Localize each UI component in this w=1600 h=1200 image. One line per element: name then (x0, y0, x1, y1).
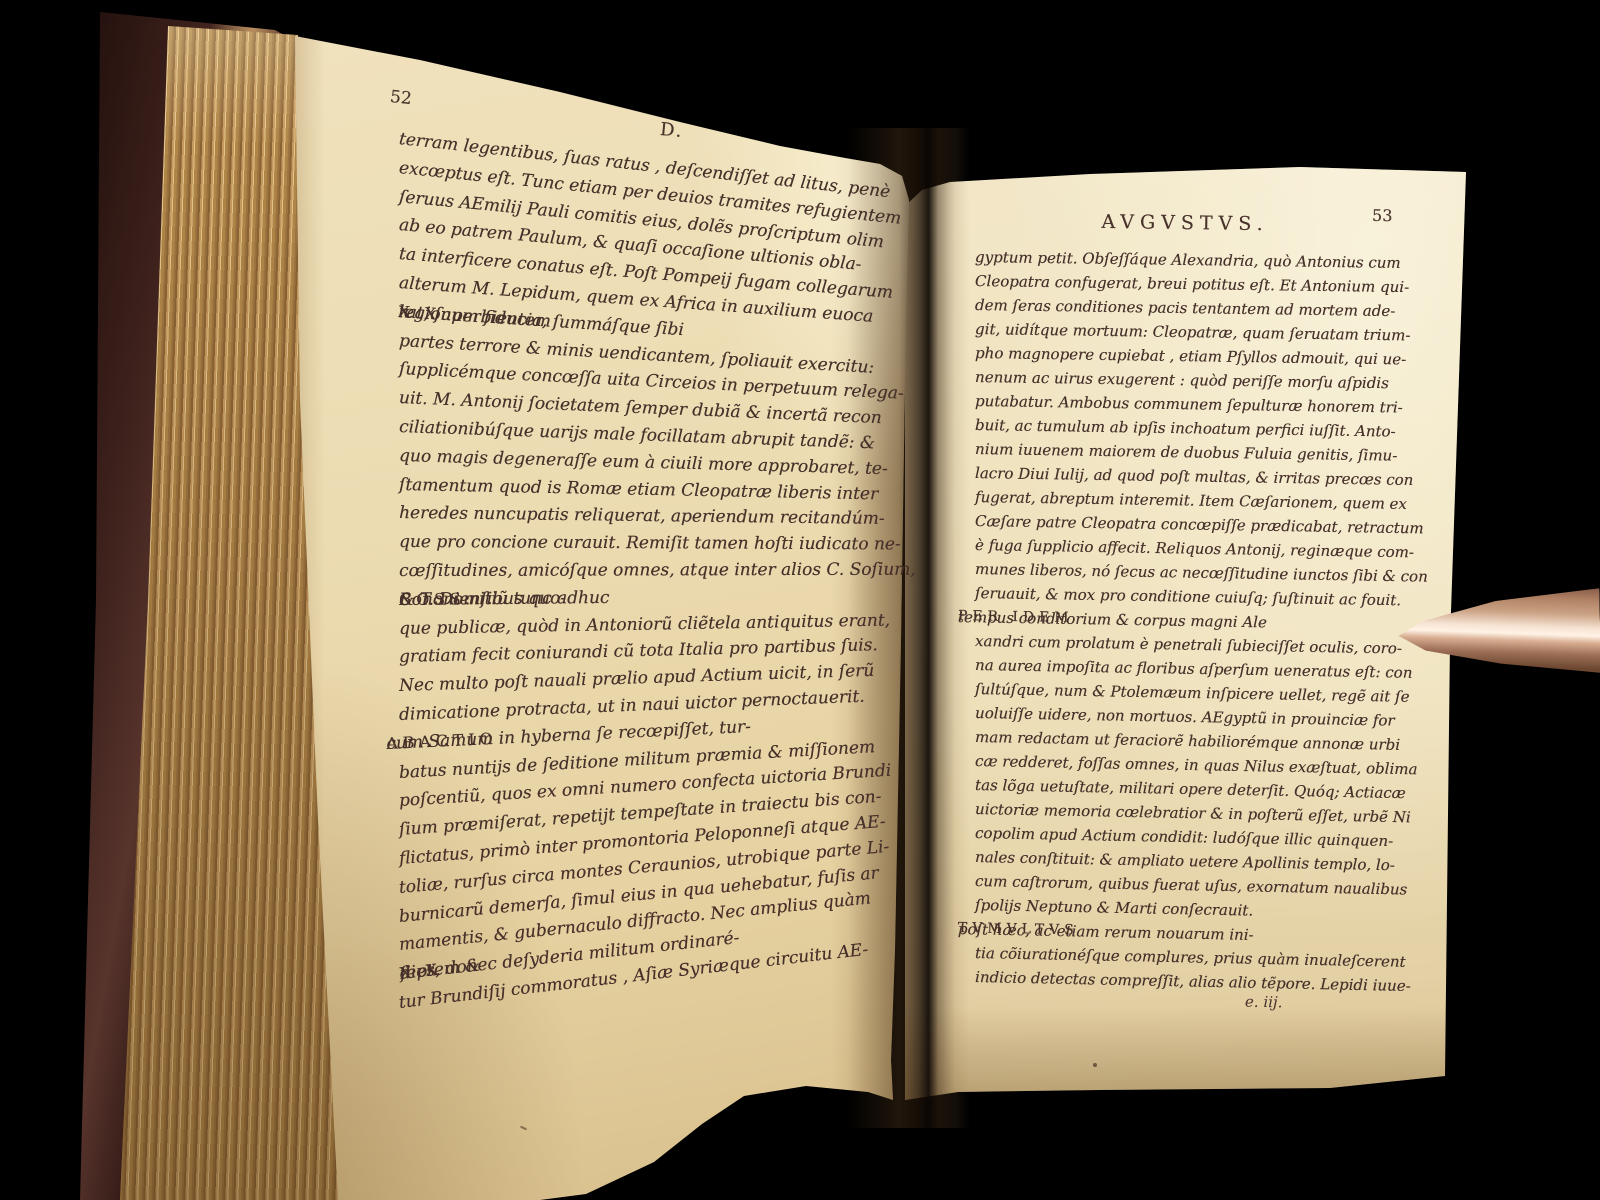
right-page-number: 53 (1372, 206, 1393, 225)
text-line: pho magnopere cupiebat , etiam Pſyllos a… (975, 346, 1406, 367)
right-running-header: AVGVSTVS. (1085, 211, 1285, 236)
left-page-number: 52 (389, 87, 413, 109)
text-line: gyptum petit. Obſeſſáque Alexandria, quò… (975, 250, 1401, 271)
line-text: poſt hæc, ac etiam rerum nouarum ini- (958, 922, 1254, 943)
line-text: tempus conditorium & corpus magni Ale (958, 610, 1267, 630)
text-line: putabatur. Ambobus communem ſepulturæ ho… (975, 394, 1403, 416)
text-line: Cleopatra confugerat, breui potitus eſt.… (975, 274, 1409, 295)
text-line: xandri cum prolatum è penetrali ſubieciſ… (975, 634, 1402, 657)
text-line: na aurea impoſita ac floribus aſperſum u… (975, 658, 1413, 681)
text-line: ſtamentum quod is Romæ etiam Cleopatræ l… (399, 477, 878, 503)
text-line: tas lõga uetuſtate, militari opere deter… (975, 778, 1406, 801)
text-line: nium iuuenem maiorem de duobus Fuluia ge… (975, 442, 1397, 464)
text-line: Cæſare patre Cleopatra concœpiſſe prædic… (975, 514, 1424, 536)
text-line: dimicatione protracta, ut in naui uictor… (399, 689, 865, 724)
text-line: è fuga ſupplicio affecit. Reliquos Anton… (975, 538, 1414, 560)
right-page-lines: gyptum petit. Obſeſſáque Alexandria, quò… (958, 250, 1378, 1040)
text-line: que publicæ, quòd in Antoniorũ cliẽtela … (399, 612, 890, 637)
text-line: cum caſtrorum, quibus fuerat uſus, exorn… (975, 874, 1407, 898)
text-line: tia cõiurationéſque complures, prius quà… (975, 946, 1406, 970)
page-speck (1093, 1063, 1097, 1067)
text-line: indicio detectas compreſſit, alias alio … (975, 970, 1411, 994)
text-line: buit, ac tumulum ab ipſis inchoatum perf… (975, 418, 1396, 440)
text-line: mam redactam ut feraciorẽ habiliorémque … (975, 730, 1400, 753)
text-line: que pro concione curauit. Remiſit tamen … (399, 534, 901, 553)
text-line: ſeruauit, & mox pro conditione cuiuſq; ſ… (975, 586, 1401, 608)
text-line: fugerat, abreptum interemit. Item Cæſari… (975, 490, 1407, 512)
text-line: ſpolijs Neptuno & Marti conſecrauit. (975, 898, 1253, 919)
text-line: ſultúſque, num & Ptolemæum inſpicere uel… (975, 682, 1410, 705)
text-line: munes liberos, nó ſecus ac necœſſitudine… (975, 562, 1428, 585)
left-page-lines: terram legentibus, ſuas ratus , deſcendi… (386, 131, 916, 1051)
text-line: cœſſitudines, amicóſque omnes, atque int… (399, 562, 916, 580)
text-line: cæ redderet, foſſas omnes, in quas Nilus… (975, 754, 1418, 777)
text-line: nenum ac uirus exugerent : quòd periſſe … (975, 370, 1389, 391)
text-line: uictoriæ memoria cœlebratior & in poſter… (975, 802, 1411, 825)
text-line: uoluiſſe uidere, non mortuos. AEgyptũ in… (975, 706, 1395, 729)
text-line: quo magis degeneraſſe eum à ciuili more … (399, 448, 888, 478)
text-line: dem ſeras conditiones pacis tentantem ad… (975, 298, 1395, 319)
gathering-signature: e. iij. (1245, 993, 1283, 1012)
photo-black-background: 52 D. terram legentibus, ſuas ratus , de… (0, 0, 1600, 1200)
text-line: nales conſtituit: & ampliato uetere Apol… (975, 850, 1395, 873)
line-text: Bononienſibus quo- (399, 590, 566, 609)
text-line: copolim apud Actium condidit: ludóſque i… (975, 826, 1393, 849)
text-line: git, uidítque mortuum: Cleopatræ, quam ſ… (975, 322, 1411, 343)
text-line: lacro Diui Iulij, ad quod poſt multas, &… (975, 466, 1413, 488)
text-line: heredes nuncupatis reliquerat, aperiendu… (399, 505, 885, 528)
